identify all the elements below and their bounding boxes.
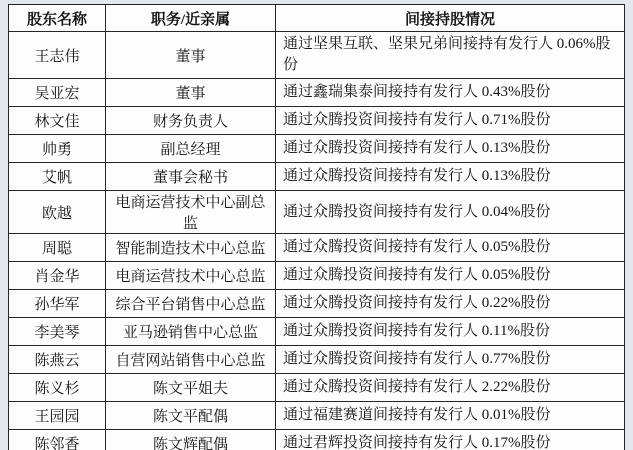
- role-cell: 财务负责人: [106, 107, 276, 135]
- table-row: 肖金华 电商运营技术中心总监 通过众腾投资间接持有发行人 0.05%股份: [9, 262, 625, 290]
- document-page: 股东名称 职务/近亲属 间接持股情况 王志伟 董事 通过坚果互联、坚果兄弟间接持…: [0, 0, 633, 450]
- holding-cell: 通过君辉投资间接持有发行人 0.17%股份: [276, 430, 625, 450]
- holding-cell: 通过众腾投资间接持有发行人 0.13%股份: [276, 163, 625, 191]
- table-row: 吴亚宏 董事 通过鑫瑞集泰间接持有发行人 0.43%股份: [9, 79, 625, 107]
- holding-cell: 通过众腾投资间接持有发行人 0.77%股份: [276, 346, 625, 374]
- holding-cell: 通过众腾投资间接持有发行人 0.05%股份: [276, 262, 625, 290]
- role-cell: 陈文辉配偶: [106, 430, 276, 450]
- table-row: 林文佳 财务负责人 通过众腾投资间接持有发行人 0.71%股份: [9, 107, 625, 135]
- table-row: 孙华军 综合平台销售中心总监 通过众腾投资间接持有发行人 0.22%股份: [9, 290, 625, 318]
- role-cell: 自营网站销售中心总监: [106, 346, 276, 374]
- role-cell: 综合平台销售中心总监: [106, 290, 276, 318]
- holding-cell: 通过坚果互联、坚果兄弟间接持有发行人 0.06%股份: [276, 32, 625, 79]
- role-cell: 电商运营技术中心副总监: [106, 191, 276, 234]
- holding-cell: 通过众腾投资间接持有发行人 0.22%股份: [276, 290, 625, 318]
- shareholder-name-cell: 陈义杉: [9, 374, 106, 402]
- holding-cell: 通过众腾投资间接持有发行人 0.11%股份: [276, 318, 625, 346]
- holding-cell: 通过众腾投资间接持有发行人 2.22%股份: [276, 374, 625, 402]
- role-cell: 董事会秘书: [106, 163, 276, 191]
- role-cell: 副总经理: [106, 135, 276, 163]
- column-header-shareholder-name: 股东名称: [9, 5, 106, 32]
- table-row: 王园园 陈文平配偶 通过福建赛道间接持有发行人 0.01%股份: [9, 402, 625, 430]
- holding-cell: 通过福建赛道间接持有发行人 0.01%股份: [276, 402, 625, 430]
- shareholder-name-cell: 帅勇: [9, 135, 106, 163]
- shareholder-name-cell: 欧越: [9, 191, 106, 234]
- role-cell: 电商运营技术中心总监: [106, 262, 276, 290]
- table-row: 陈义杉 陈文平姐夫 通过众腾投资间接持有发行人 2.22%股份: [9, 374, 625, 402]
- holding-cell: 通过鑫瑞集泰间接持有发行人 0.43%股份: [276, 79, 625, 107]
- shareholder-name-cell: 吴亚宏: [9, 79, 106, 107]
- role-cell: 陈文平配偶: [106, 402, 276, 430]
- table-row: 帅勇 副总经理 通过众腾投资间接持有发行人 0.13%股份: [9, 135, 625, 163]
- holding-cell: 通过众腾投资间接持有发行人 0.13%股份: [276, 135, 625, 163]
- shareholder-name-cell: 王园园: [9, 402, 106, 430]
- table-row: 艾帆 董事会秘书 通过众腾投资间接持有发行人 0.13%股份: [9, 163, 625, 191]
- role-cell: 董事: [106, 32, 276, 79]
- table-row: 欧越 电商运营技术中心副总监 通过众腾投资间接持有发行人 0.04%股份: [9, 191, 625, 234]
- role-cell: 亚马逊销售中心总监: [106, 318, 276, 346]
- shareholder-name-cell: 林文佳: [9, 107, 106, 135]
- shareholding-table: 股东名称 职务/近亲属 间接持股情况 王志伟 董事 通过坚果互联、坚果兄弟间接持…: [8, 4, 625, 450]
- shareholder-name-cell: 孙华军: [9, 290, 106, 318]
- column-header-role-relative: 职务/近亲属: [106, 5, 276, 32]
- role-cell: 董事: [106, 79, 276, 107]
- shareholder-name-cell: 李美琴: [9, 318, 106, 346]
- table-row: 王志伟 董事 通过坚果互联、坚果兄弟间接持有发行人 0.06%股份: [9, 32, 625, 79]
- shareholder-name-cell: 陈燕云: [9, 346, 106, 374]
- column-header-indirect-holding: 间接持股情况: [276, 5, 625, 32]
- shareholder-name-cell: 陈邻香: [9, 430, 106, 450]
- table-header-row: 股东名称 职务/近亲属 间接持股情况: [9, 5, 625, 32]
- table-row: 李美琴 亚马逊销售中心总监 通过众腾投资间接持有发行人 0.11%股份: [9, 318, 625, 346]
- shareholder-name-cell: 艾帆: [9, 163, 106, 191]
- role-cell: 陈文平姐夫: [106, 374, 276, 402]
- holding-cell: 通过众腾投资间接持有发行人 0.71%股份: [276, 107, 625, 135]
- role-cell: 智能制造技术中心总监: [106, 234, 276, 262]
- table-row: 周聪 智能制造技术中心总监 通过众腾投资间接持有发行人 0.05%股份: [9, 234, 625, 262]
- holding-cell: 通过众腾投资间接持有发行人 0.04%股份: [276, 191, 625, 234]
- shareholder-name-cell: 肖金华: [9, 262, 106, 290]
- table-row: 陈燕云 自营网站销售中心总监 通过众腾投资间接持有发行人 0.77%股份: [9, 346, 625, 374]
- table-row: 陈邻香 陈文辉配偶 通过君辉投资间接持有发行人 0.17%股份: [9, 430, 625, 450]
- shareholder-name-cell: 王志伟: [9, 32, 106, 79]
- shareholder-name-cell: 周聪: [9, 234, 106, 262]
- holding-cell: 通过众腾投资间接持有发行人 0.05%股份: [276, 234, 625, 262]
